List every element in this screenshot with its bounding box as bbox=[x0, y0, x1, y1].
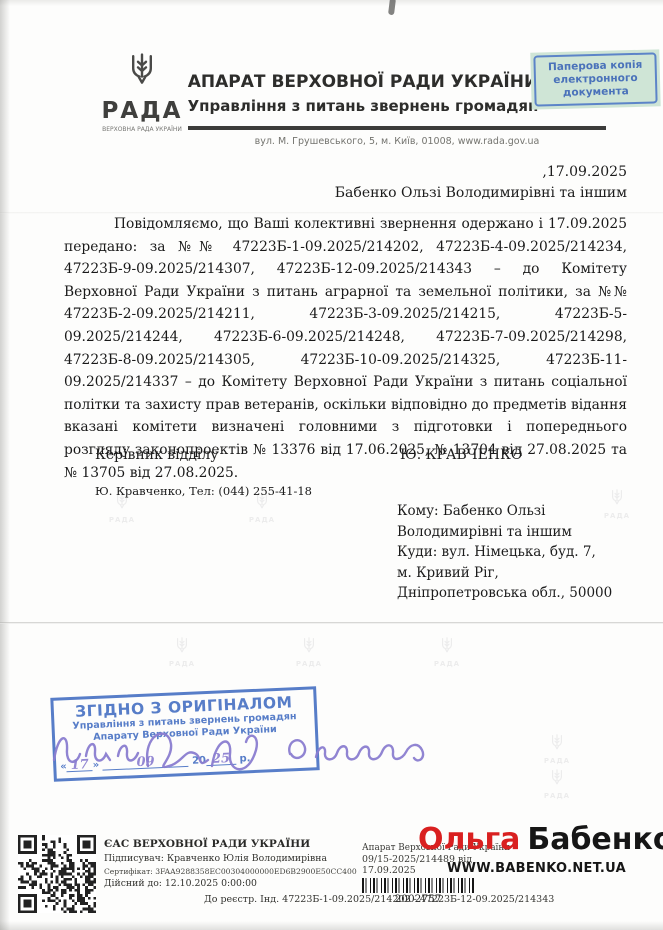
signer-title: Керівник відділу bbox=[95, 447, 219, 463]
scan-edge-shadow-left bbox=[0, 0, 10, 930]
paper-copy-stamp-text: Паперова копія електронного документа bbox=[533, 52, 657, 107]
footer-registration-line: До реєстр. Інд. 47223Б-1-09.2025/214202 … bbox=[204, 894, 554, 905]
eas-title: ЄАС ВЕРХОВНОЇ РАДИ УКРАЇНИ bbox=[104, 838, 369, 850]
rada-logo-org-name: ВЕРХОВНА РАДА УКРАЇНИ bbox=[96, 126, 188, 133]
trident-logo-icon bbox=[122, 52, 162, 98]
qr-code bbox=[18, 835, 96, 913]
recipient-line: Куди: вул. Німецька, буд. 7, bbox=[397, 542, 612, 563]
org-address: вул. М. Грушевського, 5, м. Київ, 01008,… bbox=[188, 136, 606, 147]
scan-edge-shadow-top bbox=[0, 0, 663, 6]
scanned-letter-page: РАДА РАДА РАДА РАДА РАДА РАДА РАДА РАДА … bbox=[0, 0, 663, 930]
bleedthrough-trident-icon: РАДА bbox=[430, 636, 464, 668]
bleedthrough-trident-icon: РАДА bbox=[540, 768, 574, 800]
letter-body: Повідомляємо, що Ваші колективні звернен… bbox=[64, 213, 627, 484]
recipient-line: Кому: Бабенко Ользі bbox=[397, 501, 612, 522]
rada-logo: РАДА ВЕРХОВНА РАДА УКРАЇНИ bbox=[96, 52, 188, 133]
recipient-line: Володимирівні та іншим bbox=[397, 522, 612, 543]
site-watermark-name: ОльгаБабенко bbox=[418, 822, 663, 857]
eas-valid-until: Дійсний до: 12.10.2025 0:00:00 bbox=[104, 878, 369, 889]
bleedthrough-trident-icon: РАДА bbox=[292, 636, 326, 668]
barcode bbox=[362, 878, 474, 893]
watermark-first-name: Ольга bbox=[418, 822, 520, 857]
department-subtitle: Управління з питань звернень громадян bbox=[183, 97, 543, 115]
scan-edge-shadow-bottom bbox=[0, 921, 663, 930]
header-divider bbox=[188, 126, 606, 130]
recipient-line: м. Кривий Ріг, bbox=[397, 563, 612, 584]
handwritten-signature bbox=[44, 720, 494, 790]
eas-certificate: Сертифікат: 3FAA9288358EC00304000000ED6B… bbox=[104, 867, 369, 876]
paper-copy-stamp: Паперова копія електронного документа bbox=[530, 49, 660, 110]
letter-addressee: Бабенко Ользі Володимирівні та іншим bbox=[335, 185, 627, 201]
org-title: АПАРАТ ВЕРХОВНОЇ РАДИ УКРАЇНИ bbox=[183, 72, 543, 92]
eas-signature-block: ЄАС ВЕРХОВНОЇ РАДИ УКРАЇНИ Підписувач: К… bbox=[104, 838, 369, 889]
recipient-line: Дніпропетровська обл., 50000 bbox=[397, 583, 612, 604]
bleedthrough-trident-icon: РАДА bbox=[540, 733, 574, 765]
rada-logo-text: РАДА bbox=[96, 100, 188, 123]
signer-name: Ю. КРАВЧЕНКО bbox=[400, 447, 522, 463]
eas-signer: Підписувач: Кравченко Юлія Володимирівна bbox=[104, 853, 369, 864]
site-watermark-url: WWW.BABENKO.NET.UA bbox=[447, 861, 626, 876]
scan-artifact-mark bbox=[388, 0, 396, 15]
recipient-address-block: Кому: Бабенко Ользі Володимирівні та інш… bbox=[397, 501, 612, 604]
watermark-last-name: Бабенко bbox=[527, 822, 663, 857]
letter-date: ,17.09.2025 bbox=[542, 164, 627, 180]
bleedthrough-trident-icon: РАДА bbox=[165, 636, 199, 668]
paper-fold-line bbox=[0, 622, 663, 624]
contact-line: Ю. Кравченко, Тел: (044) 255-41-18 bbox=[95, 484, 312, 498]
